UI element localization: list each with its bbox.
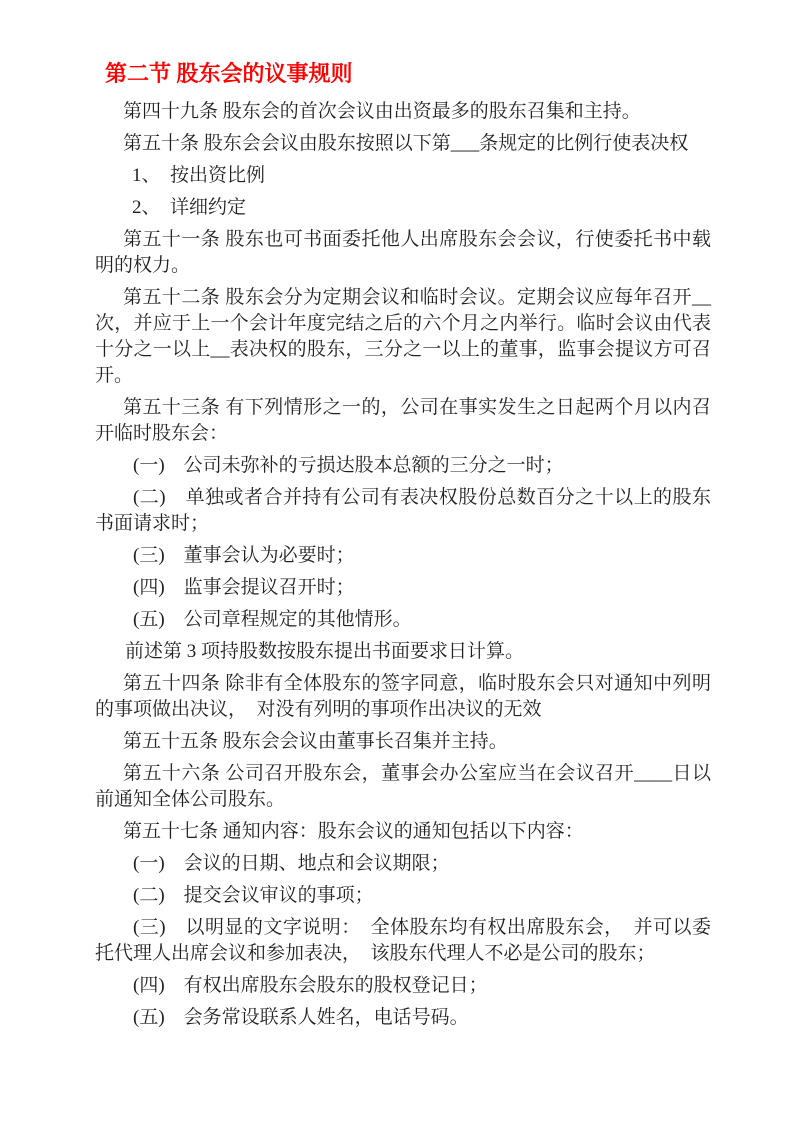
section-heading: 第二节 股东会的议事规则 bbox=[105, 62, 711, 86]
paragraph-article-53: 第五十三条 有下列情形之一的，公司在事实发生之日起两个月以内召开临时股东会： bbox=[95, 395, 711, 447]
paragraph-article-53-note: 前述第 3 项持股数按股东提出书面要求日计算。 bbox=[95, 639, 711, 665]
document-body: 第四十九条 股东会的首次会议由出资最多的股东召集和主持。 第五十条 股东会会议由… bbox=[95, 99, 711, 1031]
list-item-article-57-4: (四) 有权出席股东会股东的股权登记日； bbox=[95, 973, 711, 999]
paragraph-article-52: 第五十二条 股东会分为定期会议和临时会议。定期会议应每年召开__次，并应于上一个… bbox=[95, 285, 711, 389]
list-item-article-53-4: (四) 监事会提议召开时； bbox=[95, 575, 711, 601]
paragraph-article-54: 第五十四条 除非有全体股东的签字同意，临时股东会只对通知中列明的事项做出决议， … bbox=[95, 671, 711, 723]
list-item-article-57-5: (五) 会务常设联系人姓名，电话号码。 bbox=[95, 1005, 711, 1031]
paragraph-article-57: 第五十七条 通知内容：股东会议的通知包括以下内容： bbox=[95, 819, 711, 845]
list-item-article-53-1: (一) 公司未弥补的亏损达股本总额的三分之一时； bbox=[95, 453, 711, 479]
paragraph-article-49: 第四十九条 股东会的首次会议由出资最多的股东召集和主持。 bbox=[95, 99, 711, 125]
list-item-article-50-2: 2、 详细约定 bbox=[95, 195, 711, 221]
list-item-article-53-3: (三) 董事会认为必要时； bbox=[95, 543, 711, 569]
list-item-article-57-1: (一) 会议的日期、地点和会议期限； bbox=[95, 851, 711, 877]
paragraph-article-55: 第五十五条 股东会会议由董事长召集并主持。 bbox=[95, 729, 711, 755]
list-item-article-57-3: (三) 以明显的文字说明： 全体股东均有权出席股东会， 并可以委托代理人出席会议… bbox=[95, 915, 711, 967]
list-item-article-53-2: (二) 单独或者合并持有公司有表决权股份总数百分之十以上的股东书面请求时； bbox=[95, 485, 711, 537]
paragraph-article-56: 第五十六条 公司召开股东会，董事会办公室应当在会议召开____日以前通知全体公司… bbox=[95, 761, 711, 813]
paragraph-article-50: 第五十条 股东会会议由股东按照以下第___条规定的比例行使表决权 bbox=[95, 131, 711, 157]
list-item-article-57-2: (二) 提交会议审议的事项； bbox=[95, 883, 711, 909]
document-page: 第二节 股东会的议事规则 第四十九条 股东会的首次会议由出资最多的股东召集和主持… bbox=[95, 62, 711, 1037]
list-item-article-53-5: (五) 公司章程规定的其他情形。 bbox=[95, 607, 711, 633]
list-item-article-50-1: 1、 按出资比例 bbox=[95, 163, 711, 189]
paragraph-article-51: 第五十一条 股东也可书面委托他人出席股东会会议，行使委托书中载明的权力。 bbox=[95, 227, 711, 279]
